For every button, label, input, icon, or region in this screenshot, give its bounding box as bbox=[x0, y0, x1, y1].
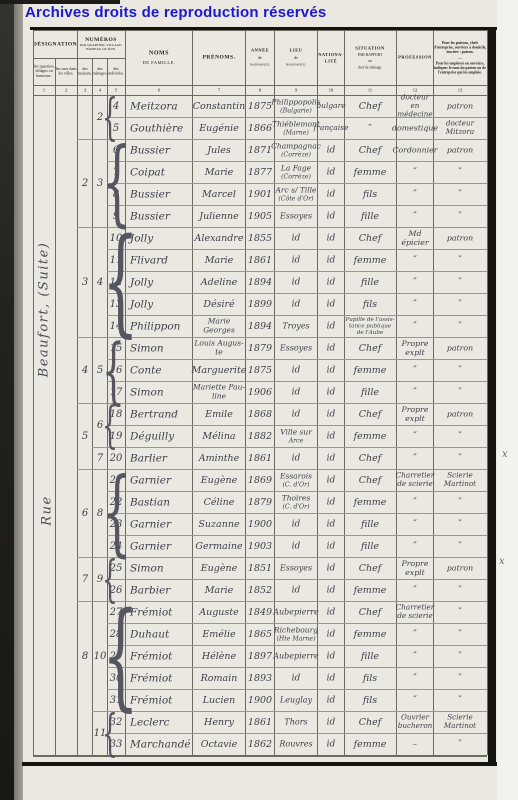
cell-annee: 1861 bbox=[245, 447, 274, 469]
cell-prenom: Emile bbox=[192, 403, 245, 425]
cell-profession: Cordonnier bbox=[396, 139, 433, 161]
cell-lieu-naissance: Thors bbox=[274, 711, 317, 733]
cell-patron: ″ bbox=[433, 689, 487, 711]
header-col-individus: des individus. bbox=[107, 58, 125, 85]
menage-brace: { bbox=[102, 469, 108, 557]
header-lieu: LIEU de NAISSANCE. bbox=[274, 30, 317, 85]
menage-brace: { bbox=[102, 403, 108, 447]
cell-prenom: Emélie bbox=[192, 623, 245, 645]
cell-lieu-naissance: Ville surArce bbox=[274, 425, 317, 447]
cell-nom: Coipat bbox=[125, 161, 197, 183]
cell-annee: 1893 bbox=[245, 667, 274, 689]
cell-lieu-naissance: Thiéblemont(Marne) bbox=[274, 117, 317, 139]
cell-nationalite: id bbox=[317, 491, 344, 513]
cell-nom: Bertrand bbox=[125, 403, 197, 425]
cell-annee: 1866 bbox=[245, 117, 274, 139]
header-prenoms: PRÉNOMS. bbox=[192, 30, 245, 85]
margin-pencil-mark: x bbox=[499, 556, 505, 567]
cell-nationalite: id bbox=[317, 535, 344, 557]
cell-nationalite: id bbox=[317, 183, 344, 205]
cell-patron: patron bbox=[433, 403, 487, 425]
header-patron-note: Pour les patrons, chefs d'entreprise, ou… bbox=[433, 30, 487, 85]
header-numeros: NUMÉROS PAR QUARTIER, VILLAGE, HAMEAU OU… bbox=[77, 30, 125, 58]
cell-annee: 1899 bbox=[245, 293, 274, 315]
menage-brace: { bbox=[102, 337, 108, 403]
cell-profession: ″ bbox=[396, 623, 433, 645]
cell-patron: ″ bbox=[433, 315, 487, 337]
cell-nom: Marchandé bbox=[125, 733, 197, 755]
cell-situation: ″ bbox=[344, 117, 396, 139]
table-top-border bbox=[30, 27, 497, 30]
cell-situation: Chef bbox=[344, 227, 396, 249]
cell-patron: docteurMitzora bbox=[433, 117, 487, 139]
cell-nom: Garnier bbox=[125, 469, 197, 491]
cell-profession: ″ bbox=[396, 513, 433, 535]
cell-lieu-naissance: id bbox=[274, 293, 317, 315]
cell-annee: 1905 bbox=[245, 205, 274, 227]
cell-profession: ″ bbox=[396, 645, 433, 667]
cell-lieu-naissance: id bbox=[274, 535, 317, 557]
cell-nom: Conte bbox=[125, 359, 197, 381]
cell-nationalite: id bbox=[317, 623, 344, 645]
header-col-number: 9 bbox=[274, 85, 317, 95]
cell-nationalite: française bbox=[317, 117, 344, 139]
cell-prenom: Louis Augus-te bbox=[192, 337, 245, 359]
table-right-border bbox=[488, 27, 496, 765]
cell-lieu-naissance: Philippopolis(Bulgarie) bbox=[274, 95, 317, 117]
cell-annee: 1906 bbox=[245, 381, 274, 403]
cell-patron: ″ bbox=[433, 205, 487, 227]
cell-prenom: Marguerite bbox=[192, 359, 245, 381]
cell-lieu-naissance: Leuglay bbox=[274, 689, 317, 711]
margin-label-commune: Beaufort, (Suite) bbox=[37, 215, 52, 405]
cell-situation: fille bbox=[344, 645, 396, 667]
cell-situation: Chef bbox=[344, 557, 396, 579]
cell-patron: ″ bbox=[433, 293, 487, 315]
cell-profession: ″ bbox=[396, 447, 433, 469]
cell-lieu-naissance: Thoires(C. d'Or) bbox=[274, 491, 317, 513]
cell-profession: Md épicier bbox=[396, 227, 433, 249]
cell-prenom: Romain bbox=[192, 667, 245, 689]
cell-patron: ″ bbox=[433, 161, 487, 183]
cell-profession: ″ bbox=[396, 425, 433, 447]
cell-maison-num: 8 bbox=[77, 645, 92, 667]
header-designation: DÉSIGNATION bbox=[33, 30, 77, 58]
header-col-number: 10 bbox=[317, 85, 344, 95]
cell-annee: 1900 bbox=[245, 513, 274, 535]
cell-profession: ″ bbox=[396, 205, 433, 227]
header-col-menages: des ménages. bbox=[92, 58, 107, 85]
cell-situation: fils bbox=[344, 667, 396, 689]
cell-annee: 1869 bbox=[245, 469, 274, 491]
cell-profession: ″ bbox=[396, 249, 433, 271]
cell-annee: 1852 bbox=[245, 579, 274, 601]
cell-annee: 1865 bbox=[245, 623, 274, 645]
header-nationalite: NATIONA- LITÉ bbox=[317, 30, 344, 85]
cell-profession: ″ bbox=[396, 359, 433, 381]
cell-profession: Propre explt bbox=[396, 403, 433, 425]
cell-annee: 1861 bbox=[245, 711, 274, 733]
cell-prenom: Marcel bbox=[192, 183, 245, 205]
cell-profession: ″ bbox=[396, 183, 433, 205]
cell-situation: femme bbox=[344, 733, 396, 755]
cell-situation: femme bbox=[344, 579, 396, 601]
cell-nationalite: id bbox=[317, 579, 344, 601]
cell-patron: ″ bbox=[433, 491, 487, 513]
cell-nom: Garnier bbox=[125, 535, 197, 557]
cell-nationalite: id bbox=[317, 403, 344, 425]
cell-profession: Charretierde scierie bbox=[396, 601, 433, 623]
cell-lieu-naissance: Richebourg(Hte Marne) bbox=[274, 623, 317, 645]
cell-nationalite: id bbox=[317, 733, 344, 755]
cell-prenom: Céline bbox=[192, 491, 245, 513]
cell-lieu-naissance: id bbox=[274, 513, 317, 535]
cell-situation: Chef bbox=[344, 403, 396, 425]
cell-situation: femme bbox=[344, 249, 396, 271]
cell-situation: Chef bbox=[344, 337, 396, 359]
cell-nationalite: id bbox=[317, 447, 344, 469]
cell-nationalite: id bbox=[317, 205, 344, 227]
cell-maison-num: 4 bbox=[77, 359, 92, 381]
header-col-number: 2 bbox=[55, 85, 77, 95]
cell-situation: Chef bbox=[344, 601, 396, 623]
cell-patron: ″ bbox=[433, 271, 487, 293]
header-profession: PROFESSION bbox=[396, 30, 433, 85]
cell-situation: femme bbox=[344, 425, 396, 447]
cell-patron: ″ bbox=[433, 579, 487, 601]
cell-prenom: Constantin bbox=[192, 95, 245, 117]
cell-nom: Bussier bbox=[125, 139, 197, 161]
cell-prenom: Mariette Pau-line bbox=[192, 381, 245, 403]
cell-nationalite: id bbox=[317, 139, 344, 161]
cell-nationalite: id bbox=[317, 161, 344, 183]
cell-situation: Chef bbox=[344, 447, 396, 469]
cell-prenom: Mélina bbox=[192, 425, 245, 447]
cell-profession: Charretierde scierie bbox=[396, 469, 433, 491]
cell-nationalite: id bbox=[317, 249, 344, 271]
cell-nationalite: id bbox=[317, 359, 344, 381]
cell-situation: femme bbox=[344, 491, 396, 513]
cell-situation: Chef bbox=[344, 139, 396, 161]
cell-prenom: Adeline bbox=[192, 271, 245, 293]
margin-label-rue: Rue bbox=[40, 471, 55, 551]
cell-situation: fille bbox=[344, 271, 396, 293]
cell-annee: 1897 bbox=[245, 645, 274, 667]
cell-prenom: Octavie bbox=[192, 733, 245, 755]
cell-patron: ″ bbox=[433, 513, 487, 535]
cell-patron: ″ bbox=[433, 183, 487, 205]
cell-nationalite: id bbox=[317, 513, 344, 535]
cell-lieu-naissance: Aubepierre bbox=[274, 601, 317, 623]
cell-nationalite: bulgare bbox=[317, 95, 344, 117]
cell-annee: 1861 bbox=[245, 249, 274, 271]
cell-patron: ScierieMartinot bbox=[433, 711, 487, 733]
cell-prenom: Eugénie bbox=[192, 117, 245, 139]
cell-annee: 1851 bbox=[245, 557, 274, 579]
cell-lieu-naissance: Essarois(C. d'Or) bbox=[274, 469, 317, 491]
cell-patron: patron bbox=[433, 95, 487, 117]
table-line bbox=[33, 30, 487, 31]
cell-situation: fille bbox=[344, 205, 396, 227]
cell-lieu-naissance: Arc s/ Tille(Côte d'Or) bbox=[274, 183, 317, 205]
header-col-number: 8 bbox=[245, 85, 274, 95]
cell-profession: ″ bbox=[396, 161, 433, 183]
cell-situation: femme bbox=[344, 359, 396, 381]
cell-patron: patron bbox=[433, 139, 487, 161]
cell-prenom: Auguste bbox=[192, 601, 245, 623]
cell-patron: patron bbox=[433, 337, 487, 359]
cell-maison-num: 6 bbox=[77, 502, 92, 524]
header-col-number: 3 bbox=[77, 85, 92, 95]
cell-nationalite: id bbox=[317, 689, 344, 711]
cell-patron: ″ bbox=[433, 601, 487, 623]
cell-profession: ″ bbox=[396, 491, 433, 513]
cell-annee: 1903 bbox=[245, 535, 274, 557]
cell-situation: fils bbox=[344, 293, 396, 315]
cell-profession: ″ bbox=[396, 579, 433, 601]
cell-nom: Meitzora bbox=[125, 95, 197, 117]
cell-nom: Bastian bbox=[125, 491, 197, 513]
cell-lieu-naissance: Essoyes bbox=[274, 205, 317, 227]
cell-patron: ″ bbox=[433, 535, 487, 557]
cell-prenom: Henry bbox=[192, 711, 245, 733]
cell-nom: Simon bbox=[125, 381, 197, 403]
census-table: DÉSIGNATION des quartiers, villages ou h… bbox=[0, 0, 518, 800]
cell-prenom: Lucien bbox=[192, 689, 245, 711]
cell-prenom: Germaine bbox=[192, 535, 245, 557]
table-line bbox=[33, 30, 34, 755]
cell-patron: ″ bbox=[433, 733, 487, 755]
cell-annee: 1868 bbox=[245, 403, 274, 425]
cell-situation: Chef bbox=[344, 711, 396, 733]
cell-profession: ″ bbox=[396, 689, 433, 711]
cell-lieu-naissance: Rouvres bbox=[274, 733, 317, 755]
cell-annee: 1877 bbox=[245, 161, 274, 183]
cell-profession: ″ bbox=[396, 381, 433, 403]
cell-prenom: Eugène bbox=[192, 557, 245, 579]
cell-prenom: Désiré bbox=[192, 293, 245, 315]
cell-nationalite: id bbox=[317, 227, 344, 249]
cell-patron: patron bbox=[433, 227, 487, 249]
cell-lieu-naissance: Essoyes bbox=[274, 557, 317, 579]
cell-prenom: Marie Georges bbox=[192, 315, 245, 337]
cell-nom: Simon bbox=[125, 557, 197, 579]
cell-situation: Chef bbox=[344, 469, 396, 491]
cell-profession: – bbox=[396, 733, 433, 755]
header-col-quartiers: des quartiers, villages ou hameaux. bbox=[33, 58, 55, 85]
cell-situation: Chef bbox=[344, 95, 396, 117]
cell-situation: fils bbox=[344, 689, 396, 711]
cell-lieu-naissance: id bbox=[274, 271, 317, 293]
cell-maison-num: 3 bbox=[77, 271, 92, 293]
menage-brace: { bbox=[102, 601, 108, 711]
cell-patron: ″ bbox=[433, 447, 487, 469]
cell-lieu-naissance: id bbox=[274, 359, 317, 381]
cell-nom: Gouthière bbox=[125, 117, 197, 139]
cell-situation: fille bbox=[344, 535, 396, 557]
cell-prenom: Marie bbox=[192, 161, 245, 183]
cell-profession: docteur enmédecine bbox=[396, 95, 433, 117]
cell-nationalite: id bbox=[317, 557, 344, 579]
cell-patron: patron bbox=[433, 557, 487, 579]
cell-annee: 1875 bbox=[245, 359, 274, 381]
header-col-number: 7 bbox=[192, 85, 245, 95]
cell-nom: Bussier bbox=[125, 183, 197, 205]
cell-lieu-naissance: id bbox=[274, 447, 317, 469]
cell-prenom: Jules bbox=[192, 139, 245, 161]
cell-nationalite: id bbox=[317, 293, 344, 315]
cell-prenom: Marie bbox=[192, 579, 245, 601]
menage-brace: { bbox=[102, 227, 108, 337]
cell-nationalite: id bbox=[317, 337, 344, 359]
header-col-number: 6 bbox=[125, 85, 192, 95]
cell-lieu-naissance: Troyes bbox=[274, 315, 317, 337]
header-col-rues: des rues dans les villes. bbox=[55, 58, 77, 85]
cell-maison-num: 7 bbox=[77, 568, 92, 590]
cell-situation: femme bbox=[344, 623, 396, 645]
cell-profession: ″ bbox=[396, 271, 433, 293]
cell-patron: ″ bbox=[433, 645, 487, 667]
cell-lieu-naissance: id bbox=[274, 579, 317, 601]
cell-lieu-naissance: id bbox=[274, 249, 317, 271]
cell-annee: 1882 bbox=[245, 425, 274, 447]
cell-annee: 1871 bbox=[245, 139, 274, 161]
cell-nationalite: id bbox=[317, 711, 344, 733]
cell-maison-num: 5 bbox=[77, 425, 92, 447]
cell-nationalite: id bbox=[317, 645, 344, 667]
page-bottom-border bbox=[22, 762, 497, 766]
cell-annee: 1849 bbox=[245, 601, 274, 623]
cell-maison-num: 2 bbox=[77, 172, 92, 194]
cell-nationalite: id bbox=[317, 667, 344, 689]
header-noms: NOMS DE FAMILLE. bbox=[125, 30, 192, 85]
cell-nationalite: id bbox=[317, 469, 344, 491]
cell-patron: ScierieMartinot bbox=[433, 469, 487, 491]
header-col-number: 13 bbox=[433, 85, 487, 95]
cell-profession: ″ bbox=[396, 293, 433, 315]
menage-brace: { bbox=[102, 711, 108, 755]
cell-prenom: Alexandre bbox=[192, 227, 245, 249]
cell-annee: 1862 bbox=[245, 733, 274, 755]
cell-patron: ″ bbox=[433, 249, 487, 271]
header-annee: ANNÉE de NAISSANCE. bbox=[245, 30, 274, 85]
scanned-census-page: Archives droits de reproduction réservés… bbox=[0, 0, 518, 800]
cell-nationalite: id bbox=[317, 381, 344, 403]
table-line bbox=[33, 58, 125, 59]
cell-nationalite: id bbox=[317, 601, 344, 623]
cell-nationalite: id bbox=[317, 425, 344, 447]
cell-lieu-naissance: id bbox=[274, 381, 317, 403]
header-col-maisons: des maisons. bbox=[77, 58, 92, 85]
cell-lieu-naissance: Aubepierre bbox=[274, 645, 317, 667]
cell-prenom: Hélène bbox=[192, 645, 245, 667]
cell-prenom: Eugène bbox=[192, 469, 245, 491]
cell-nationalite: id bbox=[317, 271, 344, 293]
cell-profession: domestique bbox=[396, 117, 433, 139]
cell-nom: Garnier bbox=[125, 513, 197, 535]
cell-profession: Propre explt bbox=[396, 557, 433, 579]
cell-patron: ″ bbox=[433, 425, 487, 447]
cell-patron: ″ bbox=[433, 381, 487, 403]
table-line bbox=[55, 58, 56, 755]
cell-patron: ″ bbox=[433, 623, 487, 645]
cell-lieu-naissance: id bbox=[274, 227, 317, 249]
cell-annee: 1879 bbox=[245, 491, 274, 513]
cell-prenom: Aminthe bbox=[192, 447, 245, 469]
cell-patron: ″ bbox=[433, 667, 487, 689]
cell-situation: fille bbox=[344, 513, 396, 535]
cell-lieu-naissance: Essoyes bbox=[274, 337, 317, 359]
cell-situation: Pupille de l'assis-tance publiquede l'Au… bbox=[344, 315, 396, 337]
cell-annee: 1855 bbox=[245, 227, 274, 249]
cell-annee: 1879 bbox=[245, 337, 274, 359]
cell-situation: fille bbox=[344, 381, 396, 403]
header-col-number: 11 bbox=[344, 85, 396, 95]
cell-profession: ″ bbox=[396, 535, 433, 557]
cell-annee: 1894 bbox=[245, 315, 274, 337]
cell-profession: Propre explt bbox=[396, 337, 433, 359]
cell-prenom: Julienne bbox=[192, 205, 245, 227]
cell-situation: fils bbox=[344, 183, 396, 205]
cell-nom: Barlier bbox=[125, 447, 197, 469]
cell-annee: 1900 bbox=[245, 689, 274, 711]
cell-nom: Déguilly bbox=[125, 425, 197, 447]
cell-lieu-naissance: id bbox=[274, 667, 317, 689]
header-situation: SITUATION PAR RAPPORT au chef de ménage. bbox=[344, 30, 396, 85]
cell-annee: 1894 bbox=[245, 271, 274, 293]
cell-lieu-naissance: id bbox=[274, 403, 317, 425]
cell-profession: ″ bbox=[396, 315, 433, 337]
cell-patron: ″ bbox=[433, 359, 487, 381]
cell-lieu-naissance: La Fage(Corrèze) bbox=[274, 161, 317, 183]
margin-pencil-mark: x bbox=[502, 449, 508, 460]
cell-annee: 1901 bbox=[245, 183, 274, 205]
cell-annee: 1875 bbox=[245, 95, 274, 117]
header-col-number: 1 bbox=[33, 85, 55, 95]
cell-nationalite: id bbox=[317, 315, 344, 337]
cell-prenom: Suzanne bbox=[192, 513, 245, 535]
cell-profession: Ouvrierbucheron bbox=[396, 711, 433, 733]
cell-prenom: Marie bbox=[192, 249, 245, 271]
cell-situation: femme bbox=[344, 161, 396, 183]
cell-profession: ″ bbox=[396, 667, 433, 689]
cell-lieu-naissance: Champagnac(Corrèze) bbox=[274, 139, 317, 161]
